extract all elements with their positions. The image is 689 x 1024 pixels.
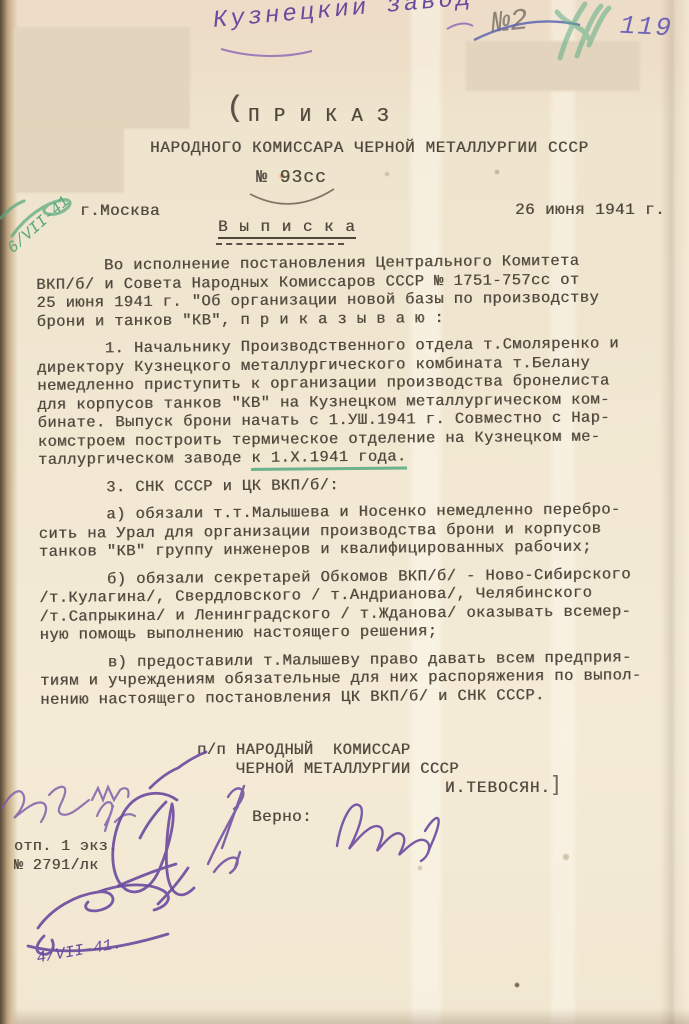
receipt-date-handwriting: 4/VII-41. — [35, 935, 123, 968]
signature-revin — [113, 752, 206, 895]
page-number: 119 — [619, 11, 673, 44]
order-item-1: 1. Начальнику Производственного отдела т… — [37, 334, 662, 469]
copies-note: отп. 1 экз. № 2791/лк — [14, 838, 117, 875]
order-item-2v: в) предоставили т.Малышеву право давать … — [40, 647, 665, 708]
verified-signature — [337, 805, 439, 861]
verified-label: Верно: — [252, 808, 312, 827]
doc-type-heading: В ы п и с к а — [218, 218, 356, 239]
document-page: Кузнецкий завод №2 119 ( П Р И К А З НАР… — [0, 0, 689, 1024]
order-paren-mark: ( — [226, 100, 244, 119]
order-item-2b: б) обязали секретарей Обкомов ВКП/б/ - Н… — [39, 564, 664, 644]
deadline-underlined-text: к 1.Х.1941 года. — [251, 447, 406, 470]
date-label: 26 июня 1941 г. — [515, 201, 665, 220]
doc-type-underline — [216, 243, 344, 245]
green-margin-date: 6/VII-41 — [4, 193, 73, 258]
factory-note-handwriting: Кузнецкий завод — [212, 0, 474, 35]
order-number-arc — [250, 189, 334, 204]
order-item-2a: а) обязали т.т.Малышева и Носенко немедл… — [38, 500, 663, 561]
order-item-2-heading: 3. СНК СССР и ЦК ВКП/б/: — [38, 472, 662, 496]
redaction-block-left-lower — [15, 126, 123, 192]
order-authority: НАРОДНОГО КОМИССАРА ЧЕРНОЙ МЕТАЛЛУРГИИ С… — [150, 139, 589, 158]
signer-name: И.ТЕВОСЯН. — [445, 779, 551, 797]
crossed-number-pencil: №2 — [490, 4, 529, 42]
signature-cluster-left — [2, 787, 135, 831]
order-body: Во исполнение постановления Центрального… — [36, 251, 664, 718]
date-scrawl-6vii — [208, 786, 244, 873]
order-title: П Р И К А З — [248, 107, 390, 126]
preamble-paragraph: Во исполнение постановления Центрального… — [36, 251, 661, 331]
city-label: г.Москва — [80, 202, 160, 221]
pencil-bracket: ] — [551, 773, 560, 798]
pp-signature-block: п/п НАРОДНЫЙ КОМИССАР ЧЕРНОЙ МЕТАЛЛУРГИИ… — [197, 741, 459, 778]
redaction-block-top-left — [15, 28, 189, 128]
order-number: № 93сс — [256, 169, 327, 188]
redaction-block-top-right — [467, 42, 639, 90]
